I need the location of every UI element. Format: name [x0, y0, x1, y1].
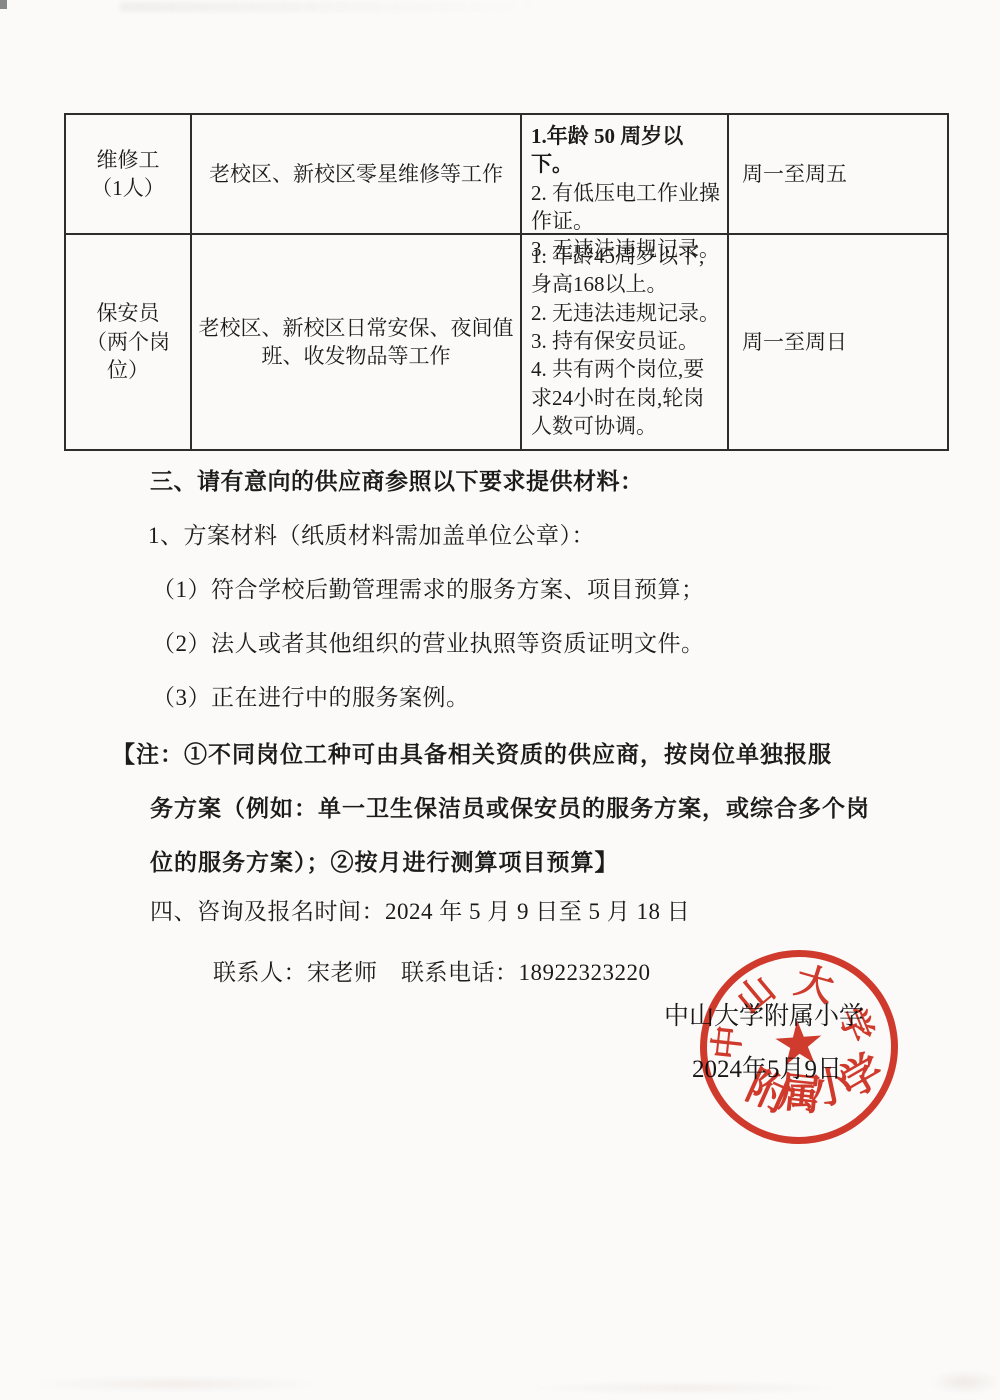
table-cell-duties-row1: 老校区、新校区零星维修等工作 [192, 115, 522, 235]
scanned-document-page: { "table": { "rows": [ { "position": "维修… [0, 0, 1000, 1400]
contact-line: 联系人：宋老师 联系电话：18922323220 [213, 954, 651, 987]
jobs-table: 维修工 （1人） 老校区、新校区零星维修等工作 1.年龄 50 周岁以下。 2.… [64, 113, 949, 451]
scan-smudge-bottom-center [520, 1382, 850, 1394]
note-line-1: 【注：①不同岗位工种可由具备相关资质的供应商，按岗位单独报服 [112, 736, 832, 769]
table-cell-schedule-row1: 周一至周五 [729, 115, 947, 235]
table-cell-duties-row2: 老校区、新校区日常安保、夜间值班、收发物品等工作 [192, 235, 522, 449]
table-cell-position-row1: 维修工 （1人） [66, 115, 192, 235]
sub-item-1: （1）符合学校后勤管理需求的服务方案、项目预算； [152, 571, 705, 604]
sub-item-3: （3）正在进行中的服务案例。 [152, 679, 470, 712]
table-cell-schedule-row2: 周一至周日 [729, 235, 947, 449]
requirement-line-bold: 1.年龄 50 周岁以下。 [531, 122, 723, 179]
official-seal-stamp: 中 山 大 学 附 属 小 学 ★ [693, 943, 904, 1150]
note-line-3: 位的服务方案）；②按月进行测算项目预算】 [150, 844, 619, 877]
scan-smudge-bottom-left [25, 1376, 325, 1392]
sub-item-2: （2）法人或者其他组织的营业执照等资质证明文件。 [152, 625, 705, 658]
item-1-materials: 1、方案材料（纸质材料需加盖单位公章）： [148, 517, 595, 550]
scan-corner-artifact [0, 0, 7, 9]
star-icon: ★ [770, 1012, 828, 1076]
scan-smudge-top [120, 2, 540, 12]
section-heading-3: 三、请有意向的供应商参照以下要求提供材料： [150, 463, 644, 496]
seal-char-top-1: 中 [698, 1023, 750, 1062]
table-cell-requirements-row1: 1.年龄 50 周岁以下。 2. 有低压电工作业操作证。 3. 无违法违规记录。 [522, 115, 729, 235]
scan-smudge-bottom-right [930, 1370, 1000, 1394]
table-cell-position-row2: 保安员 （两个岗 位） [66, 235, 192, 449]
note-line-2: 务方案（例如：单一卫生保洁员或保安员的服务方案，或综合多个岗 [150, 790, 870, 823]
table-cell-requirements-row2: 1. 年龄45周岁以下,身高168以上。 2. 无违法违规记录。 3. 持有保安… [522, 235, 729, 449]
section-heading-4: 四、咨询及报名时间：2024 年 5 月 9 日至 5 月 18 日 [150, 893, 690, 926]
